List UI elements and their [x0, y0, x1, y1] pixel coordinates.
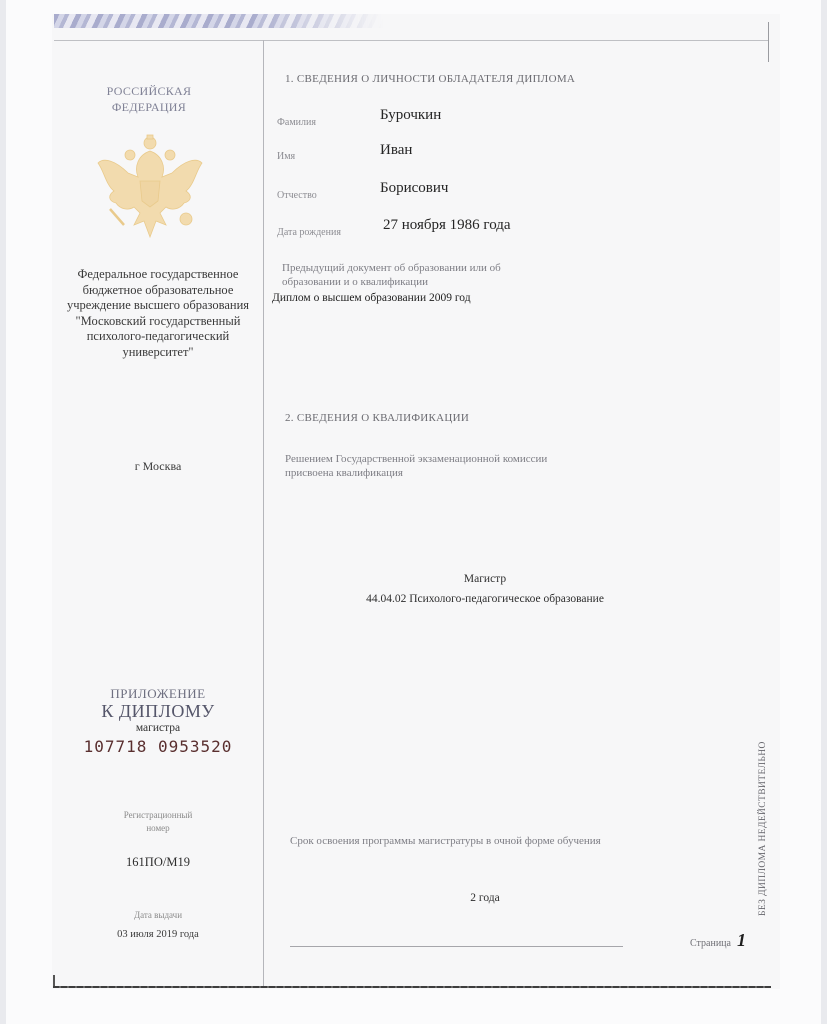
- validity-note: БЕЗ ДИПЛОМА НЕДЕЙСТВИТЕЛЬНО: [758, 741, 768, 916]
- surname-value: Бурочкин: [380, 107, 441, 124]
- study-term-value: 2 года: [300, 892, 670, 904]
- signature-line: [290, 946, 623, 947]
- country-title: РОССИЙСКАЯ ФЕДЕРАЦИЯ: [64, 83, 234, 115]
- name-value: Иван: [380, 142, 412, 159]
- column-divider: [263, 40, 264, 986]
- institution-line: Федеральное государственное: [58, 267, 258, 283]
- institution-line: "Московский государственный: [58, 314, 258, 330]
- institution-line: университет": [58, 345, 258, 361]
- previous-document-label: Предыдущий документ об образовании или о…: [282, 261, 542, 289]
- country-line-1: РОССИЙСКАЯ: [64, 83, 234, 99]
- coat-of-arms-icon: [94, 133, 206, 241]
- specialty-value: 44.04.02 Психолого-педагогическое образо…: [320, 593, 650, 605]
- right-edge-rule: [768, 22, 769, 62]
- institution-line: бюджетное образовательное: [58, 283, 258, 299]
- institution-line: психолого-педагогический: [58, 329, 258, 345]
- patronymic-label: Отчество: [277, 190, 317, 201]
- qualification-value: Магистр: [320, 573, 650, 585]
- appendix-degree: магистра: [58, 722, 258, 734]
- registration-label-line-2: номер: [58, 822, 258, 835]
- viewer-left-edge: [0, 0, 6, 1024]
- surname-label: Фамилия: [277, 117, 316, 128]
- section-2-title: 2. СВЕДЕНИЯ О КВАЛИФИКАЦИИ: [285, 412, 469, 424]
- page-number: 1: [737, 930, 746, 951]
- serial-number: 107718 0953520: [58, 737, 258, 756]
- issue-date-label: Дата выдачи: [58, 910, 258, 920]
- country-line-2: ФЕДЕРАЦИЯ: [64, 99, 234, 115]
- institution-line: учреждение высшего образования: [58, 298, 258, 314]
- study-term-label: Срок освоения программы магистратуры в о…: [290, 834, 630, 848]
- birth-date-label: Дата рождения: [277, 227, 341, 238]
- qualification-label: Решением Государственной экзаменационной…: [285, 452, 575, 480]
- birth-date-value: 27 ноября 1986 года: [383, 217, 511, 234]
- bottom-border: [53, 986, 771, 988]
- city: г Москва: [58, 459, 258, 474]
- institution-name: Федеральное государственное бюджетное об…: [58, 267, 258, 361]
- decorative-border-ornament: [54, 14, 384, 28]
- issue-date: 03 июля 2019 года: [58, 929, 258, 940]
- name-label: Имя: [277, 151, 295, 162]
- appendix-title-line-1: ПРИЛОЖЕНИЕ: [58, 686, 258, 702]
- previous-document-value: Диплом о высшем образовании 2009 год: [272, 292, 471, 304]
- section-1-title: 1. СВЕДЕНИЯ О ЛИЧНОСТИ ОБЛАДАТЕЛЯ ДИПЛОМ…: [285, 73, 575, 85]
- patronymic-value: Борисович: [380, 180, 448, 197]
- registration-number: 161ПО/М19: [58, 855, 258, 870]
- registration-label-line-1: Регистрационный: [58, 809, 258, 822]
- viewer-right-edge: [821, 0, 827, 1024]
- registration-label: Регистрационный номер: [58, 809, 258, 835]
- page-label: Страница: [690, 938, 731, 949]
- top-divider: [54, 40, 768, 41]
- appendix-title-line-2: К ДИПЛОМУ: [58, 701, 258, 722]
